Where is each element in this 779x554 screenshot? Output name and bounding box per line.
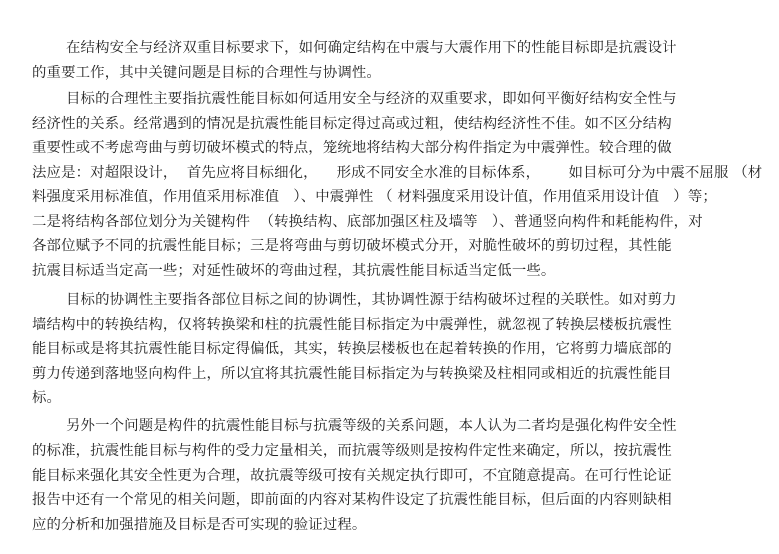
paragraph-line: 应的分析和加强措施及目标是否可实现的验证过程。 [32, 516, 366, 534]
document-page: 在结构安全与经济双重目标要求下，如何确定结构在中震与大震作用下的性能目标即是抗震… [0, 0, 779, 554]
paragraph-line: 目标的协调性主要指各部位目标之间的协调性，其协调性源于结构破坏过程的关联性。如对… [66, 291, 677, 309]
paragraph-line: 各部位赋予不同的抗震性能目标；三是将弯曲与剪切破坏模式分开，对脆性破坏的剪切过程… [32, 237, 672, 255]
paragraph-line: 目标的合理性主要指抗震性能目标如何适用安全与经济的双重要求，即如何平衡好结构安全… [66, 90, 677, 108]
paragraph-line: 能目标来强化其安全性更为合理，故抗震等级可按有关规定执行即可，不宜随意提高。在可… [32, 467, 672, 485]
paragraph-line: 的重要工作，其中关键问题是目标的合理性与协调性。 [32, 64, 381, 82]
paragraph-line: 抗震目标适当定高一些；对延性破坏的弯曲过程，其抗震性能目标适当定低一些。 [32, 262, 555, 280]
paragraph-line: 在结构安全与经济双重目标要求下，如何确定结构在中震与大震作用下的性能目标即是抗震… [66, 39, 677, 57]
paragraph-line: 重要性或不考虑弯曲与剪切破坏模式的特点，笼统地将结构大部分构件指定为中震弹性。较… [32, 139, 672, 157]
paragraph-line: 的标准，抗震性能目标与构件的受力定量相关，而抗震等级则是按构件定性来确定，所以，… [32, 442, 672, 460]
paragraph-line: 经济性的关系。经常遇到的情况是抗震性能目标定得过高或过粗，使结构经济性不佳。如不… [32, 115, 672, 133]
paragraph-line: 能目标或是将其抗震性能目标定得偏低，其实，转换层楼板也在起着转换的作用，它将剪力… [32, 340, 672, 358]
paragraph-line: 法应是：对超限设计， 首先应将目标细化， 形成不同安全水准的目标体系， 如目标可… [32, 164, 762, 182]
paragraph-line: 料强度采用标准值，作用值采用标准值 ）、中震弹性 （ 材料强度采用设计值，作用值… [32, 188, 717, 206]
paragraph-line: 报告中还有一个常见的相关问题，即前面的内容对某构件设定了抗震性能目标，但后面的内… [32, 491, 672, 509]
paragraph-line: 剪力传递到落地竖向构件上，所以宜将其抗震性能目标指定为与转换梁及柱相同或相近的抗… [32, 365, 672, 383]
paragraph-line: 二是将结构各部位划分为关键构件 （转换结构、底部加强区柱及墙等 ）、普通竖向构件… [32, 213, 703, 231]
paragraph-line: 墙结构中的转换结构，仅将转换梁和柱的抗震性能目标指定为中震弹性，就忽视了转换层楼… [32, 316, 672, 334]
paragraph-line: 另外一个问题是构件的抗震性能目标与抗震等级的关系问题，本人认为二者均是强化构件安… [66, 417, 677, 435]
paragraph-line: 标。 [32, 389, 61, 407]
